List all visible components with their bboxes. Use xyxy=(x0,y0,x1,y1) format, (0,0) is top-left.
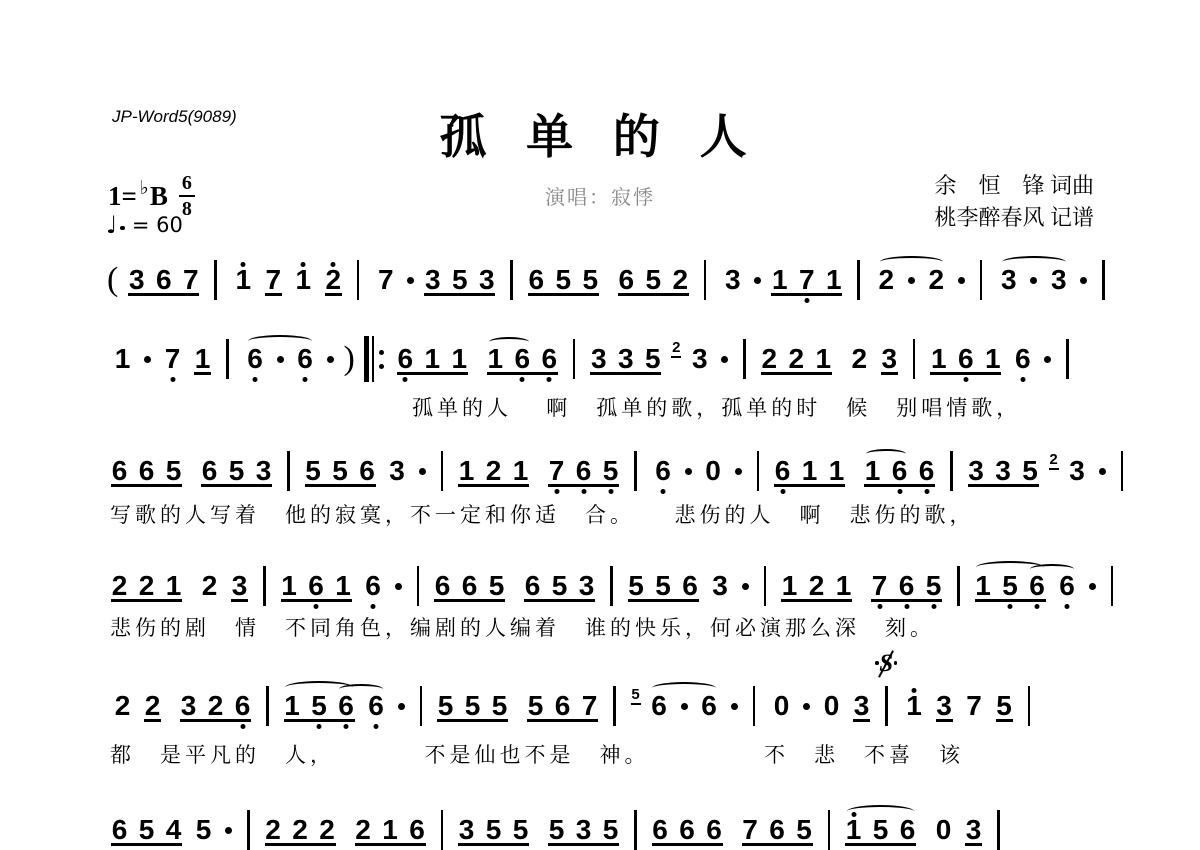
beam xyxy=(111,843,182,846)
beam xyxy=(871,599,942,602)
beam xyxy=(528,293,599,296)
octave-dot-below xyxy=(344,724,349,729)
measure: 7353 xyxy=(369,262,500,298)
beam xyxy=(325,293,342,296)
octave-dot-below xyxy=(317,724,322,729)
segno-dot xyxy=(875,661,879,665)
octave-dot-below xyxy=(1035,604,1040,609)
barline xyxy=(634,810,637,850)
quarter-note-icon: ♩ xyxy=(106,213,117,237)
measure: 665653 xyxy=(429,568,600,604)
measure: 222216 xyxy=(260,812,431,848)
octave-dot-below xyxy=(520,377,525,382)
tempo-dot xyxy=(120,226,125,231)
duration-dot xyxy=(731,703,738,710)
credits-block: 余 恒 锋 词曲 桃李醉春风 记谱 xyxy=(934,170,1094,234)
beam xyxy=(968,484,1039,487)
barline xyxy=(764,566,767,606)
notation-line-5: 223261566555567566003S1375 xyxy=(104,688,1038,724)
barline xyxy=(441,451,444,491)
beam xyxy=(424,293,495,296)
measure: 1566 xyxy=(279,688,410,724)
beam xyxy=(590,372,661,375)
octave-dot-below xyxy=(240,724,245,729)
barline xyxy=(1121,451,1124,491)
beam xyxy=(201,484,272,487)
beam xyxy=(975,599,1046,602)
octave-dot-below xyxy=(303,377,308,382)
measure: 22326 xyxy=(106,688,256,724)
notation-line-6: 654522221635553566676515603 xyxy=(104,812,1008,848)
barline xyxy=(287,451,290,491)
duration-dot xyxy=(721,356,728,363)
beam xyxy=(284,719,355,722)
beam xyxy=(355,843,426,846)
measure: 611166 xyxy=(392,341,563,377)
barline xyxy=(510,260,513,300)
beam xyxy=(194,372,211,375)
measure: 611166 xyxy=(769,453,940,489)
slur-tie xyxy=(1002,256,1066,268)
beam xyxy=(231,599,248,602)
measure: 33523 xyxy=(585,341,733,377)
octave-dot-below xyxy=(924,489,929,494)
beam xyxy=(781,599,852,602)
barline xyxy=(357,260,360,300)
parenthesis: ( xyxy=(107,262,118,298)
beam xyxy=(774,484,845,487)
beam xyxy=(996,719,1013,722)
slur-tie xyxy=(1030,564,1074,574)
segno-dot xyxy=(894,661,898,665)
slur-tie xyxy=(652,682,716,694)
duration-dot xyxy=(681,703,688,710)
beam xyxy=(111,599,182,602)
slur-tie xyxy=(248,335,312,347)
lyrics-line-2: 孤单的人 啊 孤单的歌，孤单的时 候 别唱情歌， xyxy=(412,392,1021,422)
octave-dot-below xyxy=(554,489,559,494)
beam xyxy=(548,484,619,487)
duration-dot xyxy=(407,277,414,284)
beam xyxy=(458,484,529,487)
grace-note: 2 xyxy=(671,339,681,358)
beam xyxy=(111,484,182,487)
note: 0 xyxy=(773,688,790,724)
measure: 665653 xyxy=(106,453,277,489)
note: 7 xyxy=(966,688,983,724)
tempo-marking: ♩ = 60 xyxy=(106,213,183,237)
repeat-begin-sign xyxy=(364,336,384,382)
duration-dot xyxy=(958,277,965,284)
octave-dot-below xyxy=(547,377,552,382)
octave-dot-below xyxy=(314,604,319,609)
octave-dot-below xyxy=(661,489,666,494)
measure: 121765 xyxy=(453,453,624,489)
note: 3 xyxy=(724,262,741,298)
credit-transcriber: 桃李醉春风 记谱 xyxy=(934,202,1094,234)
barline xyxy=(634,451,637,491)
octave-dot-below xyxy=(170,377,175,382)
lyrics-line-3: 写歌的人写着 他的寂寞，不一定和你适 合。 悲伤的人 啊 悲伤的歌， xyxy=(110,499,975,529)
measure: 1712 xyxy=(227,262,347,298)
measure: 566 xyxy=(626,688,743,724)
duration-dot xyxy=(419,468,426,475)
beam xyxy=(180,719,251,722)
octave-dot-below xyxy=(581,489,586,494)
segno-icon: S xyxy=(875,648,897,680)
octave-dot-below xyxy=(1020,377,1025,382)
barline xyxy=(214,260,217,300)
duration-dot xyxy=(742,583,749,590)
measure: 66 xyxy=(239,341,339,377)
measure: 60 xyxy=(647,453,747,489)
key-letter: B xyxy=(150,181,168,212)
duration-dot xyxy=(735,468,742,475)
beam xyxy=(853,719,870,722)
beam xyxy=(524,599,595,602)
beam xyxy=(458,843,529,846)
octave-dot-below xyxy=(931,604,936,609)
duration-dot xyxy=(803,703,810,710)
notation-line-1: (3671712735365565231712233 xyxy=(104,262,1113,298)
barline xyxy=(913,339,916,379)
note: 0 xyxy=(935,812,952,848)
barline: S xyxy=(885,686,888,726)
octave-dot-below xyxy=(1065,604,1070,609)
beam xyxy=(930,372,1001,375)
beam xyxy=(965,843,982,846)
measure: 1566 xyxy=(970,568,1101,604)
duration-dot xyxy=(395,583,402,590)
barline xyxy=(828,810,831,850)
octave-dot-below xyxy=(374,724,379,729)
note: 3 xyxy=(712,568,729,604)
octave-dot-below xyxy=(780,489,785,494)
octave-dot-below xyxy=(608,489,613,494)
duration-dot xyxy=(1044,356,1051,363)
barline xyxy=(1066,339,1069,379)
octave-dot-below xyxy=(253,377,258,382)
note: 3 xyxy=(1069,453,1086,489)
note: 1 xyxy=(114,341,131,377)
beam xyxy=(936,719,953,722)
measure: 1616 xyxy=(925,341,1056,377)
barline xyxy=(613,686,616,726)
beam xyxy=(397,372,468,375)
grace-note: 2 xyxy=(1049,451,1059,470)
measure: 22123 xyxy=(756,341,903,377)
beam xyxy=(628,599,699,602)
note: 6 xyxy=(365,568,382,604)
octave-dot-above xyxy=(301,262,306,267)
octave-dot-below xyxy=(897,489,902,494)
beam xyxy=(434,599,505,602)
barline xyxy=(753,686,756,726)
measure: 5563 xyxy=(300,453,431,489)
measure: 3171 xyxy=(716,262,847,298)
duration-dot xyxy=(225,827,232,834)
beam xyxy=(265,293,282,296)
slur-tie xyxy=(880,256,944,268)
note: 1 xyxy=(235,262,252,298)
slur-tie xyxy=(866,449,907,459)
note: 5 xyxy=(195,812,212,848)
beam xyxy=(652,843,723,846)
lyrics-line-5: 都 是平凡的 人， 不是仙也不是 神。 不 悲 不喜 该 xyxy=(110,739,964,769)
barline xyxy=(610,566,613,606)
barline xyxy=(757,451,760,491)
note: 7 xyxy=(377,262,394,298)
beam xyxy=(265,843,336,846)
measure: 555567 xyxy=(432,688,603,724)
measure: 5563 xyxy=(623,568,754,604)
measure: 1375 xyxy=(898,688,1018,724)
barline xyxy=(704,260,707,300)
beam xyxy=(881,372,898,375)
beam xyxy=(437,719,508,722)
barline xyxy=(263,566,266,606)
duration-dot xyxy=(1030,277,1037,284)
note: 1 xyxy=(295,262,312,298)
barline xyxy=(950,451,953,491)
octave-dot-below xyxy=(804,298,809,303)
barline xyxy=(420,686,423,726)
octave-dot-below xyxy=(963,377,968,382)
duration-dot xyxy=(685,468,692,475)
measure: 367 xyxy=(123,262,204,298)
note: 6 xyxy=(1014,341,1031,377)
beam xyxy=(128,293,199,296)
octave-dot-below xyxy=(403,377,408,382)
beam xyxy=(487,372,558,375)
barline xyxy=(743,339,746,379)
beam xyxy=(864,484,935,487)
duration-dot xyxy=(144,356,151,363)
barline xyxy=(1102,260,1105,300)
note: 1 xyxy=(906,688,923,724)
slur-tie xyxy=(847,805,915,818)
barline xyxy=(1111,566,1114,606)
barline xyxy=(857,260,860,300)
duration-dot xyxy=(908,277,915,284)
barline xyxy=(417,566,420,606)
beam xyxy=(281,599,352,602)
octave-dot-above xyxy=(241,262,246,267)
barline xyxy=(441,810,444,850)
beam xyxy=(845,843,916,846)
note: 0 xyxy=(823,688,840,724)
beam xyxy=(742,843,813,846)
grace-note: 5 xyxy=(631,686,641,705)
measure: 22123 xyxy=(106,568,253,604)
measure: 666765 xyxy=(647,812,818,848)
beam xyxy=(527,719,598,722)
meter-upper: 6 xyxy=(179,173,195,197)
beam xyxy=(771,293,842,296)
octave-dot-above xyxy=(331,262,336,267)
duration-dot xyxy=(277,356,284,363)
note: 3 xyxy=(691,341,708,377)
tempo-value: = 60 xyxy=(132,213,183,237)
note: 2 xyxy=(201,568,218,604)
barline xyxy=(997,810,1000,850)
note: 3 xyxy=(389,453,406,489)
octave-dot-below xyxy=(371,604,376,609)
duration-dot xyxy=(1099,468,1106,475)
measure: 33 xyxy=(992,262,1092,298)
key-prefix: 1= xyxy=(108,181,137,212)
notation-line-3: 66565355631217656061116633523 xyxy=(104,453,1131,489)
measure: 33523 xyxy=(963,453,1111,489)
parenthesis: ) xyxy=(344,341,355,377)
barline xyxy=(247,810,250,850)
slur-tie xyxy=(339,684,383,694)
beam xyxy=(144,719,161,722)
note: 7 xyxy=(164,341,181,377)
song-title: 孤 单 的 人 xyxy=(0,100,1200,167)
note: 6 xyxy=(655,453,672,489)
flat-icon: ♭ xyxy=(140,177,149,199)
measure: 1616 xyxy=(276,568,407,604)
barline xyxy=(226,339,229,379)
sheet-music-page: JP-Word5(9089) 孤 单 的 人 演唱：寂悸 余 恒 锋 词曲 桃李… xyxy=(0,0,1200,850)
duration-dot xyxy=(327,356,334,363)
credit-composer: 余 恒 锋 词曲 xyxy=(934,170,1094,202)
beam xyxy=(618,293,689,296)
notation-line-2: 17166)61116633523221231616 xyxy=(104,341,1077,377)
repeat-thin-bar xyxy=(372,336,374,382)
octave-dot-below xyxy=(877,604,882,609)
lyrics-line-4: 悲伤的剧 情 不同角色，编剧的人编着 谁的快乐，何必演那么深 刻。 xyxy=(110,612,935,642)
notation-line-4: 22123161666565355631217651566 xyxy=(104,568,1121,604)
barline xyxy=(1028,686,1031,726)
beam xyxy=(548,843,619,846)
measure: 003 xyxy=(765,688,875,724)
note: 0 xyxy=(705,453,722,489)
barline xyxy=(266,686,269,726)
repeat-thick-bar xyxy=(364,336,369,382)
measure: 355535 xyxy=(453,812,624,848)
barline xyxy=(573,339,576,379)
beam xyxy=(761,372,832,375)
measure: 655652 xyxy=(523,262,694,298)
repeat-dots xyxy=(379,350,384,369)
octave-dot-above xyxy=(912,688,917,693)
note: 2 xyxy=(851,341,868,377)
repeat-dot xyxy=(379,364,384,369)
measure: 171 xyxy=(106,341,216,377)
measure: 121765 xyxy=(776,568,947,604)
duration-dot xyxy=(1089,583,1096,590)
measure: 15603 xyxy=(840,812,987,848)
duration-dot xyxy=(398,703,405,710)
beam xyxy=(305,484,376,487)
note: 2 xyxy=(114,688,131,724)
octave-dot-below xyxy=(1008,604,1013,609)
measure: 22 xyxy=(870,262,970,298)
repeat-dot xyxy=(379,350,384,355)
duration-dot xyxy=(1080,277,1087,284)
duration-dot xyxy=(754,277,761,284)
octave-dot-below xyxy=(904,604,909,609)
slur-tie xyxy=(489,337,530,347)
barline xyxy=(957,566,960,606)
measure: 6545 xyxy=(106,812,237,848)
barline xyxy=(980,260,983,300)
